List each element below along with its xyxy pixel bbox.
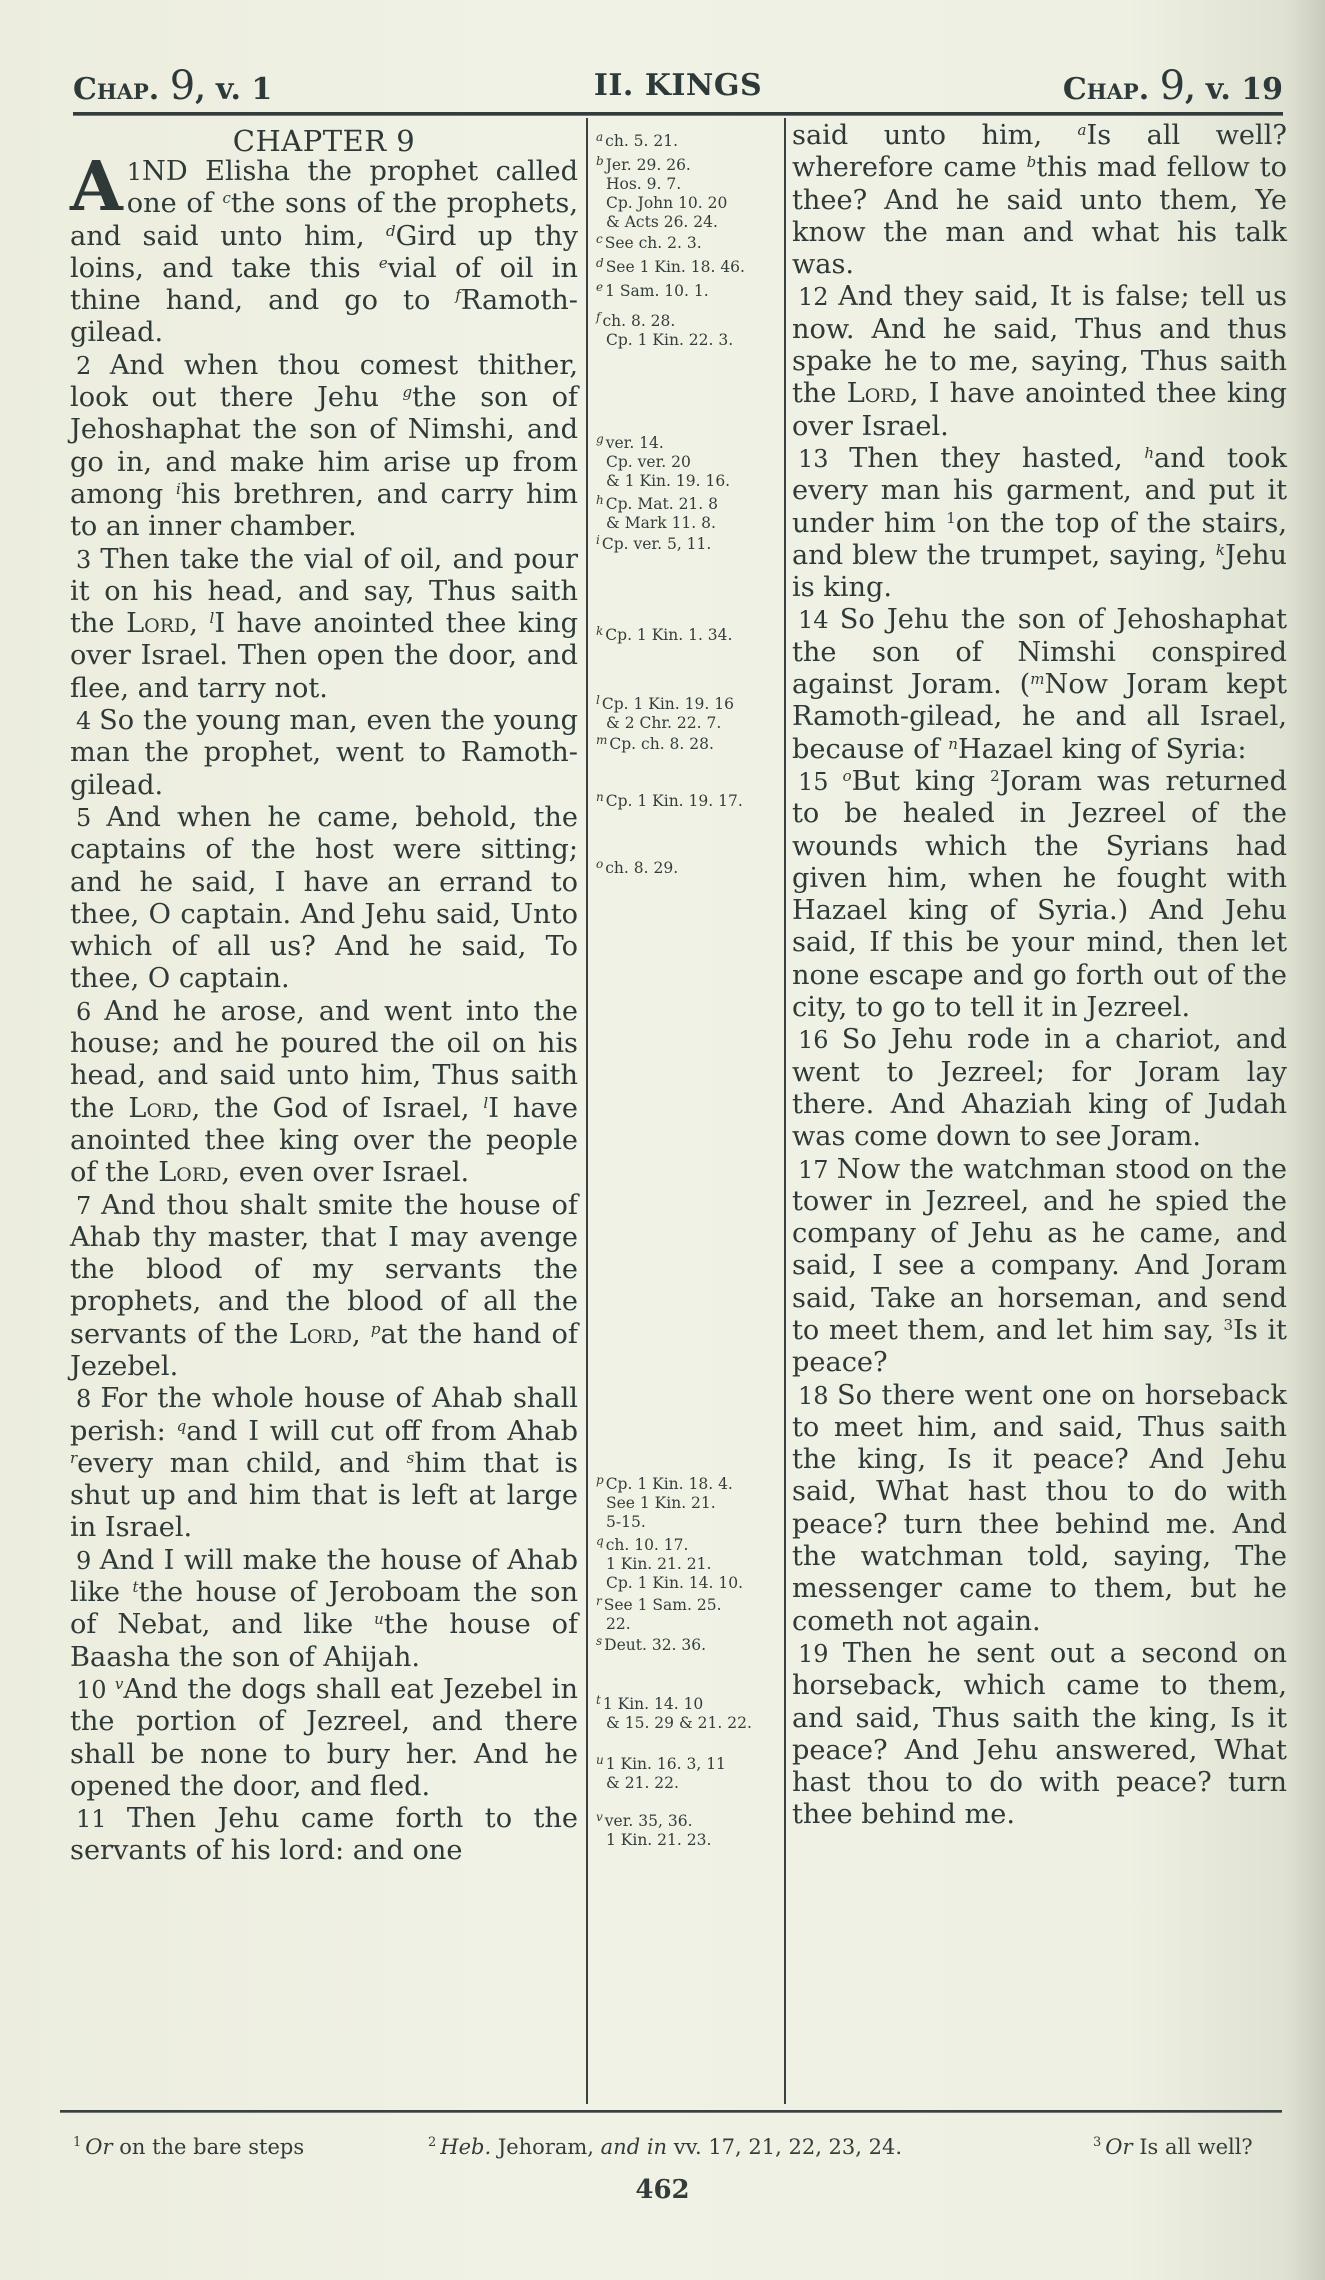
- cross-reference-line: & 15. 29 & 21. 22.: [596, 1714, 778, 1733]
- cross-reference-entry: t1 Kin. 14. 10& 15. 29 & 21. 22.: [596, 1691, 778, 1733]
- running-header: Chap. 9, v. 1 II. KINGS Chap. 9, v. 19: [73, 56, 1283, 112]
- cross-reference-line: kCp. 1 Kin. 1. 34.: [596, 622, 778, 645]
- footnote-2: 2Heb. Jehoram, and in vv. 17, 21, 22, 23…: [428, 2132, 902, 2162]
- verse: 6 And he arose, and went into the house;…: [70, 996, 578, 1190]
- cross-reference-letter: h: [596, 493, 604, 507]
- cross-reference-entry: och. 8. 29.: [596, 855, 778, 878]
- cross-reference-letter: q: [596, 1534, 604, 1548]
- cross-reference-line: Cp. 1 Kin. 22. 3.: [596, 331, 778, 350]
- column-divider-right: [784, 118, 786, 2104]
- small-caps-lord: Lord: [289, 1319, 352, 1350]
- cross-reference-marker: f: [455, 286, 461, 304]
- cross-reference-marker: r: [70, 1449, 77, 1467]
- cross-reference-line: lCp. 1 Kin. 19. 16: [596, 691, 778, 714]
- verse: 13 Then they hasted, hand took every man…: [792, 443, 1287, 604]
- footnote-marker: 1: [946, 509, 956, 527]
- footnotes: 1Or on the bare steps 2Heb. Jehoram, and…: [73, 2132, 1283, 2162]
- verse-number: 2: [76, 352, 110, 380]
- cross-reference-marker: o: [843, 767, 852, 785]
- cross-reference-marker: k: [1216, 541, 1225, 559]
- cross-reference-line: Cp. 1 Kin. 14. 10.: [596, 1574, 778, 1593]
- footnote-text: on the bare steps: [113, 2135, 305, 2159]
- verse-number: 15: [798, 768, 843, 796]
- cross-reference-marker: s: [407, 1449, 415, 1467]
- verse: 3 Then take the vial of oil, and pour it…: [70, 544, 578, 705]
- footnote-marker: 1: [73, 2135, 81, 2150]
- cross-reference-letter: e: [596, 280, 603, 294]
- cross-reference-letter: f: [596, 310, 600, 324]
- cross-reference-letter: u: [596, 1753, 604, 1767]
- cross-reference-marker: l: [483, 1094, 488, 1112]
- header-right-reference: Chap. 9, v. 19: [1063, 64, 1283, 112]
- verse: 11 Then Jehu came forth to the servants …: [70, 1803, 578, 1868]
- header-right-prefix: Chap.: [1063, 72, 1149, 107]
- cross-reference-line: Cp. ver. 20: [596, 453, 778, 472]
- cross-reference-line: See 1 Kin. 21.: [596, 1494, 778, 1513]
- cross-reference-line: u1 Kin. 16. 3, 11: [596, 1751, 778, 1774]
- cross-reference-line: t1 Kin. 14. 10: [596, 1691, 778, 1714]
- verse: 17 Now the watchman stood on the tower i…: [792, 1154, 1287, 1380]
- footnote-italic: and in: [601, 2135, 667, 2159]
- cross-reference-line: & 21. 22.: [596, 1774, 778, 1793]
- cross-reference-entry: gver. 14.Cp. ver. 20& 1 Kin. 19. 16.: [596, 430, 778, 491]
- cross-reference-letter: b: [596, 154, 604, 168]
- verse: 19 Then he sent out a second on horsebac…: [792, 1638, 1287, 1832]
- cross-reference-line: vver. 35, 36.: [596, 1808, 778, 1831]
- verse-number: 11: [76, 1805, 127, 1833]
- cross-reference-entry: kCp. 1 Kin. 1. 34.: [596, 622, 778, 645]
- cross-reference-entry: nCp. 1 Kin. 19. 17.: [596, 788, 778, 811]
- cross-reference-entry: mCp. ch. 8. 28.: [596, 731, 778, 754]
- cross-reference-marker: t: [132, 1578, 138, 1596]
- footnote-3: 3Or Is all well?: [1093, 2132, 1253, 2162]
- footnote-label: Heb.: [440, 2135, 491, 2159]
- verse-number: 3: [76, 546, 100, 574]
- verse-number: 13: [798, 445, 849, 473]
- verse: 2 And when thou comest thither, look out…: [70, 350, 578, 544]
- verse-number: 10: [76, 1676, 115, 1704]
- cross-reference-line: & 1 Kin. 19. 16.: [596, 472, 778, 491]
- cross-reference-line: qch. 10. 17.: [596, 1532, 778, 1555]
- footnote-marker: 3: [1224, 1316, 1234, 1334]
- header-right-verse: , v. 19: [1185, 72, 1283, 107]
- cross-reference-entry: u1 Kin. 16. 3, 11& 21. 22.: [596, 1751, 778, 1793]
- footnote-marker: 3: [1093, 2135, 1101, 2150]
- cross-reference-letter: c: [596, 232, 603, 246]
- cross-reference-letter: l: [596, 693, 600, 707]
- cross-reference-marker: d: [386, 222, 396, 240]
- cross-reference-letter: k: [596, 624, 603, 638]
- cross-reference-line: mCp. ch. 8. 28.: [596, 731, 778, 754]
- cross-reference-marker: e: [379, 254, 388, 272]
- cross-reference-entry: ach. 5. 21.: [596, 128, 778, 151]
- verse: 1AND Elisha the prophet called one of ct…: [70, 156, 578, 350]
- verse: 14 So Jehu the son of Jehoshaphat the so…: [792, 604, 1287, 765]
- verse-number: 8: [76, 1385, 100, 1413]
- drop-cap: A: [70, 158, 123, 216]
- cross-reference-marker: h: [1144, 444, 1154, 462]
- footnote-text: Is all well?: [1133, 2135, 1253, 2159]
- verse: 8 For the whole house of Ahab shall peri…: [70, 1383, 578, 1544]
- verse-number: 19: [798, 1640, 843, 1668]
- chapter-title: CHAPTER 9: [70, 126, 578, 156]
- cross-reference-marker: c: [222, 189, 230, 207]
- cross-reference-letter: n: [596, 790, 604, 804]
- cross-reference-letter: s: [596, 1634, 602, 1648]
- cross-reference-entry: vver. 35, 36.1 Kin. 21. 23.: [596, 1808, 778, 1850]
- cross-reference-letter: r: [596, 1594, 602, 1608]
- left-verses: 1AND Elisha the prophet called one of ct…: [70, 156, 578, 1868]
- cross-reference-line: 1 Kin. 21. 21.: [596, 1555, 778, 1574]
- header-rule: [73, 112, 1283, 116]
- footnote-tail: vv. 17, 21, 22, 23, 24.: [667, 2135, 902, 2159]
- cross-reference-line: bJer. 29. 26.: [596, 152, 778, 175]
- small-caps-lord: Lord: [847, 378, 910, 409]
- verse-number: 4: [76, 707, 99, 735]
- cross-reference-line: ach. 5. 21.: [596, 128, 778, 151]
- verse-number: 5: [76, 804, 106, 832]
- verse: 4 So the young man, even the young man t…: [70, 705, 578, 802]
- cross-reference-line: 5-15.: [596, 1513, 778, 1532]
- footnote-1: 1Or on the bare steps: [73, 2132, 304, 2162]
- footnote-rule: [60, 2110, 1282, 2113]
- cross-reference-letter: v: [596, 1810, 603, 1824]
- right-text-column: said unto him, aIs all well? wherefore c…: [792, 120, 1287, 1832]
- cross-reference-line: gver. 14.: [596, 430, 778, 453]
- cross-reference-marker: m: [1030, 670, 1044, 688]
- cross-reference-line: Hos. 9. 7.: [596, 175, 778, 194]
- right-verses: said unto him, aIs all well? wherefore c…: [792, 120, 1287, 1832]
- cross-reference-line: iCp. ver. 5, 11.: [596, 531, 778, 554]
- cross-reference-line: fch. 8. 28.: [596, 308, 778, 331]
- cross-reference-entry: rSee 1 Sam. 25.22.: [596, 1592, 778, 1634]
- cross-reference-entry: bJer. 29. 26.Hos. 9. 7.Cp. John 10. 20& …: [596, 152, 778, 232]
- cross-reference-letter: i: [596, 533, 600, 547]
- footnote-marker: 2: [428, 2135, 436, 2150]
- cross-reference-line: hCp. Mat. 21. 8: [596, 491, 778, 514]
- cross-reference-line: nCp. 1 Kin. 19. 17.: [596, 788, 778, 811]
- cross-reference-letter: d: [596, 256, 604, 270]
- page-number: 462: [0, 2175, 1325, 2205]
- cross-reference-marker: a: [1078, 121, 1087, 139]
- cross-reference-entry: fch. 8. 28.Cp. 1 Kin. 22. 3.: [596, 308, 778, 350]
- cross-reference-line: och. 8. 29.: [596, 855, 778, 878]
- cross-reference-line: dSee 1 Kin. 18. 46.: [596, 254, 778, 277]
- footnote-label: Or: [85, 2135, 112, 2159]
- small-caps-lord: Lord: [158, 1157, 221, 1188]
- verse-number: 12: [798, 283, 838, 311]
- left-text-column: CHAPTER 9 1AND Elisha the prophet called…: [70, 120, 578, 1868]
- cross-reference-entry: cSee ch. 2. 3.: [596, 230, 778, 253]
- cross-reference-letter: p: [596, 1473, 604, 1487]
- cross-reference-line: rSee 1 Sam. 25.: [596, 1592, 778, 1615]
- cross-reference-marker: l: [210, 609, 215, 627]
- cross-reference-entry: pCp. 1 Kin. 18. 4.See 1 Kin. 21.5-15.: [596, 1471, 778, 1532]
- header-right-chapter: 9: [1160, 63, 1185, 109]
- cross-reference-marker: v: [115, 1675, 123, 1693]
- verse: 16 So Jehu rode in a chariot, and went t…: [792, 1024, 1287, 1153]
- verse: 15 oBut king 2Joram was returned to be h…: [792, 766, 1287, 1024]
- cross-reference-line: pCp. 1 Kin. 18. 4.: [596, 1471, 778, 1494]
- verse: 12 And they said, It is false; tell us n…: [792, 281, 1287, 442]
- cross-reference-letter: a: [596, 130, 603, 144]
- cross-reference-entry: lCp. 1 Kin. 19. 16& 2 Chr. 22. 7.: [596, 691, 778, 733]
- footnote-text: Jehoram,: [491, 2135, 601, 2159]
- cross-reference-entry: e1 Sam. 10. 1.: [596, 278, 778, 301]
- verse: said unto him, aIs all well? wherefore c…: [792, 120, 1287, 281]
- verse-number: 14: [798, 606, 840, 634]
- cross-reference-line: 1 Kin. 21. 23.: [596, 1831, 778, 1850]
- verse-number: 17: [798, 1156, 837, 1184]
- verse-number: 1: [127, 158, 142, 186]
- cross-reference-entry: qch. 10. 17.1 Kin. 21. 21.Cp. 1 Kin. 14.…: [596, 1532, 778, 1593]
- cross-reference-line: Cp. John 10. 20: [596, 194, 778, 213]
- cross-reference-entry: sDeut. 32. 36.: [596, 1632, 778, 1655]
- verse: 9 And I will make the house of Ahab like…: [70, 1545, 578, 1674]
- cross-reference-marker: i: [176, 480, 181, 498]
- verse-number: 16: [798, 1026, 842, 1054]
- small-caps-lord: Lord: [128, 1093, 191, 1124]
- cross-reference-marker: g: [403, 383, 413, 401]
- verse-number: 6: [76, 998, 104, 1026]
- footnote-label: Or: [1105, 2135, 1132, 2159]
- verse-number: 7: [76, 1192, 101, 1220]
- cross-reference-letter: g: [596, 432, 604, 446]
- verse-number: 18: [798, 1382, 837, 1410]
- cross-reference-letter: m: [596, 733, 607, 747]
- small-caps-lord: Lord: [126, 608, 189, 639]
- cross-reference-letter: o: [596, 857, 603, 871]
- cross-reference-marker: q: [177, 1417, 187, 1435]
- verse: 7 And thou shalt smite the house of Ahab…: [70, 1190, 578, 1384]
- cross-reference-line: e1 Sam. 10. 1.: [596, 278, 778, 301]
- footnote-marker: 2: [990, 767, 1000, 785]
- verse: 10 vAnd the dogs shall eat Jezebel in th…: [70, 1674, 578, 1803]
- cross-reference-marker: u: [374, 1610, 384, 1628]
- column-divider-left: [586, 118, 588, 2104]
- cross-reference-entry: iCp. ver. 5, 11.: [596, 531, 778, 554]
- cross-reference-marker: p: [371, 1320, 381, 1338]
- cross-reference-entry: hCp. Mat. 21. 8& Mark 11. 8.: [596, 491, 778, 533]
- cross-reference-letter: t: [596, 1693, 601, 1707]
- cross-reference-marker: b: [1027, 153, 1037, 171]
- cross-reference-line: sDeut. 32. 36.: [596, 1632, 778, 1655]
- cross-reference-entry: dSee 1 Kin. 18. 46.: [596, 254, 778, 277]
- verse: 5 And when he came, behold, the captains…: [70, 802, 578, 996]
- cross-reference-line: cSee ch. 2. 3.: [596, 230, 778, 253]
- cross-reference-marker: n: [948, 735, 958, 753]
- verse: 18 So there went one on horseback to mee…: [792, 1380, 1287, 1638]
- verse-number: 9: [76, 1547, 100, 1575]
